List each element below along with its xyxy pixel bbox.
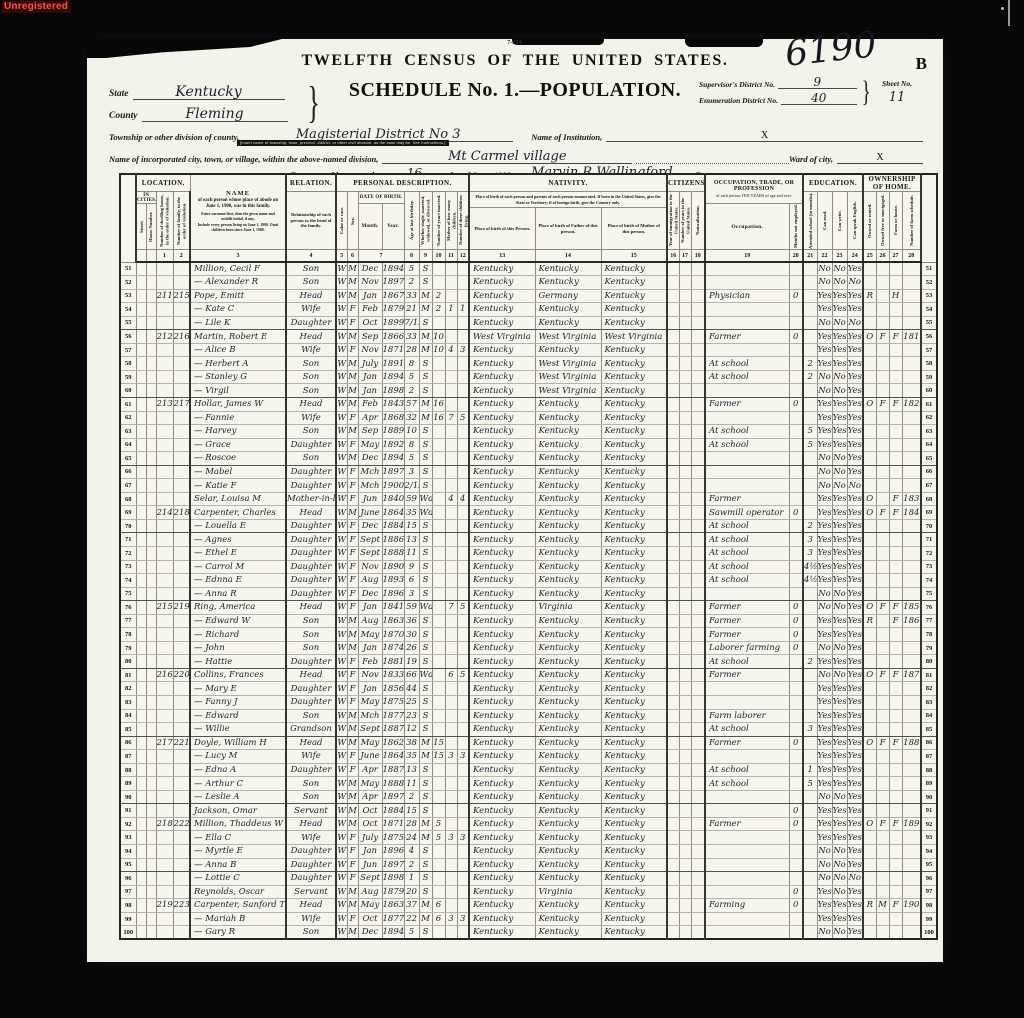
cell-oc: Farmer [705, 601, 789, 615]
cell-c17 [679, 750, 691, 764]
cell-dw: 216 [156, 668, 173, 682]
table-row: 67— Katie FDaughterWFMch19002/12SKentuck… [120, 479, 937, 493]
cell-as [803, 858, 817, 872]
cell-ym: 5 [432, 817, 445, 831]
cell-pm: Kentucky [601, 316, 667, 330]
cell-fam [173, 303, 190, 317]
cell-ag: 2 [404, 384, 419, 398]
years-married-label: Number of years married. [436, 192, 441, 249]
cell-fs [902, 533, 921, 547]
cell-dw [156, 533, 173, 547]
cell-rel: Wife [286, 912, 336, 926]
cell-fm: F [876, 601, 889, 615]
cell-cr: W [336, 492, 347, 506]
cell-c18 [691, 641, 705, 655]
table-row: 56212216Martin, Robert EHeadWMSep186633M… [120, 330, 937, 344]
cell-fam [173, 384, 190, 398]
house-number-label: House Number. [148, 204, 153, 249]
cell-mn [789, 696, 803, 710]
cell-pb: Kentucky [469, 303, 535, 317]
cell-fs [902, 357, 921, 371]
cell-ms: S [419, 587, 432, 601]
cell-dw [156, 384, 173, 398]
cell-hn [146, 316, 156, 330]
cell-mn [789, 723, 803, 737]
cell-rd: Yes [817, 411, 832, 425]
cell-hn [146, 343, 156, 357]
cell-sp: Yes [847, 397, 863, 411]
cell-fm [876, 885, 889, 899]
cell-fam [173, 479, 190, 493]
cell-c18 [691, 763, 705, 777]
cell-st [136, 357, 146, 371]
cell-as [803, 479, 817, 493]
cell-sx: M [347, 628, 358, 642]
cell-name: — Edward [190, 709, 286, 723]
cell-rel: Daughter [286, 546, 336, 560]
cell-c16 [667, 817, 679, 831]
cell-sp: Yes [847, 709, 863, 723]
cell-ag: 13 [404, 763, 419, 777]
cell-pb: Kentucky [469, 763, 535, 777]
cell-hn [146, 357, 156, 371]
cell-sp: Yes [847, 425, 863, 439]
cell-pb: Kentucky [469, 668, 535, 682]
cell-sp: Yes [847, 696, 863, 710]
cell-c16 [667, 587, 679, 601]
cell-rd: Yes [817, 736, 832, 750]
row-number: 93 [921, 831, 937, 845]
cell-mn [789, 777, 803, 791]
row-number: 91 [120, 804, 136, 818]
name-group-title: NAME [191, 190, 285, 197]
cell-by: 1875 [382, 696, 404, 710]
table-row: 77— Edward WSonWMAug186336SKentuckyKentu… [120, 614, 937, 628]
county-label: County [109, 111, 138, 121]
cell-oh: O [863, 330, 876, 344]
row-number: 81 [921, 668, 937, 682]
cell-pf: West Virginia [535, 330, 601, 344]
cell-cr: W [336, 845, 347, 859]
cell-sp: No [847, 276, 863, 290]
cell-ms: S [419, 926, 432, 940]
cell-sx: F [347, 696, 358, 710]
cell-st [136, 655, 146, 669]
cell-rd: No [817, 668, 832, 682]
cell-name: — Hattie [190, 655, 286, 669]
cell-fm [876, 465, 889, 479]
cell-oh [863, 533, 876, 547]
cell-c16 [667, 858, 679, 872]
cell-fam [173, 316, 190, 330]
cell-hn [146, 262, 156, 276]
cell-fm [876, 276, 889, 290]
cell-name: — Anna R [190, 587, 286, 601]
cell-c18 [691, 912, 705, 926]
cell-ag: 2 [404, 858, 419, 872]
row-number: 54 [921, 303, 937, 317]
cell-fam [173, 641, 190, 655]
cell-dw [156, 546, 173, 560]
cell-cl [457, 262, 469, 276]
cell-rd: No [817, 452, 832, 466]
cell-cl [457, 397, 469, 411]
cell-sx: F [347, 411, 358, 425]
cell-ym [432, 465, 445, 479]
cell-pb: Kentucky [469, 872, 535, 886]
cell-pm: Kentucky [601, 723, 667, 737]
cell-pb: Kentucky [469, 316, 535, 330]
col-header-children-living: Number of these children living. [457, 192, 469, 250]
cell-hn [146, 926, 156, 940]
cell-by: 1877 [382, 912, 404, 926]
cell-ym [432, 668, 445, 682]
cell-as: 3 [803, 546, 817, 560]
cell-ag: 35 [404, 506, 419, 520]
cell-fm: F [876, 330, 889, 344]
cell-c17 [679, 452, 691, 466]
row-number: 97 [120, 885, 136, 899]
cell-c16 [667, 276, 679, 290]
cell-pb: Kentucky [469, 560, 535, 574]
cell-by: 1887 [382, 723, 404, 737]
cell-hn [146, 479, 156, 493]
cell-sx: F [347, 831, 358, 845]
cell-oc: At school [705, 425, 789, 439]
cell-bm: Sep [358, 330, 382, 344]
cell-cr: W [336, 696, 347, 710]
cell-fam: 219 [173, 601, 190, 615]
cell-sx: F [347, 546, 358, 560]
cell-bm: Oct [358, 817, 382, 831]
family-label: Number of family, in the order of visita… [176, 192, 187, 249]
cell-bm: Apr [358, 790, 382, 804]
cell-mn [789, 858, 803, 872]
cell-fm [876, 872, 889, 886]
cell-fs [902, 790, 921, 804]
cell-hn [146, 384, 156, 398]
institution-label: Name of Institution, [531, 132, 602, 142]
cell-name: Carpenter, Charles [190, 506, 286, 520]
cell-fm [876, 655, 889, 669]
cell-ym: 16 [432, 411, 445, 425]
cell-ym [432, 628, 445, 642]
cell-name: — Myrtle E [190, 845, 286, 859]
cell-hn [146, 736, 156, 750]
table-row: 86217221Doyle, William HHeadWMMay186238M… [120, 736, 937, 750]
cell-mn: 0 [789, 804, 803, 818]
col-header-pob-father: Place of birth of Father of this person. [535, 208, 601, 250]
row-number: 69 [921, 506, 937, 520]
cell-fs [902, 804, 921, 818]
row-number-column-right [921, 174, 937, 262]
cell-pb: Kentucky [469, 750, 535, 764]
cell-bm: Dec [358, 262, 382, 276]
cell-c16 [667, 614, 679, 628]
cell-by: 1856 [382, 682, 404, 696]
cell-bm: May [358, 736, 382, 750]
cell-c16 [667, 519, 679, 533]
cell-dw [156, 763, 173, 777]
row-number: 67 [921, 479, 937, 493]
cell-c16 [667, 668, 679, 682]
supervisor-district-value: 9 [778, 76, 857, 89]
row-number: 60 [120, 384, 136, 398]
cell-mn [789, 316, 803, 330]
cell-c18 [691, 560, 705, 574]
cell-pf: Kentucky [535, 872, 601, 886]
cell-pf: Kentucky [535, 533, 601, 547]
cell-rd: Yes [817, 763, 832, 777]
cell-wr: No [832, 384, 847, 398]
cell-dw [156, 262, 173, 276]
cell-dw: 214 [156, 506, 173, 520]
cell-as: 2 [803, 655, 817, 669]
cell-as [803, 343, 817, 357]
row-number: 66 [120, 465, 136, 479]
cell-rd: Yes [817, 519, 832, 533]
row-number: 60 [921, 384, 937, 398]
cell-cr: W [336, 709, 347, 723]
cell-cl [457, 384, 469, 398]
row-number: 74 [120, 574, 136, 588]
cell-c16 [667, 546, 679, 560]
cell-rd: Yes [817, 533, 832, 547]
cell-sx: M [347, 885, 358, 899]
cell-fh [889, 858, 902, 872]
cell-rel: Head [286, 736, 336, 750]
cell-rel: Wife [286, 750, 336, 764]
cell-as: 3 [803, 533, 817, 547]
cell-pb: Kentucky [469, 736, 535, 750]
cell-as [803, 587, 817, 601]
cell-sp: No [847, 872, 863, 886]
cell-mc [445, 560, 457, 574]
cell-fm: F [876, 736, 889, 750]
col-group-location: LOCATION. [136, 174, 190, 192]
cell-pm: Kentucky [601, 519, 667, 533]
cell-oc [705, 479, 789, 493]
cell-pm: Kentucky [601, 384, 667, 398]
cell-sx: F [347, 492, 358, 506]
cell-oc: At school [705, 574, 789, 588]
cell-hn [146, 750, 156, 764]
cell-cr: W [336, 750, 347, 764]
cell-rel: Son [286, 709, 336, 723]
cell-as [803, 614, 817, 628]
cell-oh [863, 316, 876, 330]
cell-oc [705, 465, 789, 479]
cell-oh: O [863, 506, 876, 520]
row-number: 73 [921, 560, 937, 574]
cell-c16 [667, 574, 679, 588]
cell-bm: Sept [358, 546, 382, 560]
dotted-leader [636, 163, 789, 164]
cell-rd: Yes [817, 506, 832, 520]
cell-fs [902, 872, 921, 886]
cell-as [803, 845, 817, 859]
cell-mn [789, 655, 803, 669]
cell-ag: 5 [404, 452, 419, 466]
cell-ms: S [419, 655, 432, 669]
cell-by: 1863 [382, 614, 404, 628]
cell-rel: Daughter [286, 574, 336, 588]
cell-oh [863, 763, 876, 777]
name-group-note1: Enter surname first, then the given name… [191, 211, 285, 223]
cell-rd: Yes [817, 303, 832, 317]
cell-pb: Kentucky [469, 845, 535, 859]
cell-dw [156, 276, 173, 290]
table-row: 66— MabelDaughterWFMch18973SKentuckyKent… [120, 465, 937, 479]
cell-oh [863, 845, 876, 859]
cell-ym: 5 [432, 831, 445, 845]
col-header-naturalization: Naturalization. [691, 192, 705, 250]
cell-st [136, 723, 146, 737]
cell-oc [705, 926, 789, 940]
cell-wr: Yes [832, 912, 847, 926]
cell-pb: Kentucky [469, 641, 535, 655]
cell-mc [445, 614, 457, 628]
cell-rd: No [817, 370, 832, 384]
cell-by: 1871 [382, 817, 404, 831]
cell-rel: Daughter [286, 858, 336, 872]
cell-bm: Jun [358, 858, 382, 872]
cell-ag: 6 [404, 574, 419, 588]
table-row: 54— Kate CWifeWFFeb187921M211KentuckyKen… [120, 303, 937, 317]
cell-dw [156, 723, 173, 737]
cell-fam [173, 872, 190, 886]
state-field: State Kentucky [109, 83, 285, 101]
cell-c17 [679, 709, 691, 723]
cell-hn [146, 614, 156, 628]
cell-fh: F [889, 330, 902, 344]
cell-bm: May [358, 628, 382, 642]
cell-cr: W [336, 357, 347, 371]
cell-ms: S [419, 519, 432, 533]
cell-rd: Yes [817, 628, 832, 642]
cell-rel: Daughter [286, 763, 336, 777]
table-row: 68Selar, Louisa MMother-in-lawWFJun18405… [120, 492, 937, 506]
cell-c16 [667, 438, 679, 452]
cell-fam [173, 763, 190, 777]
cell-pf: West Virginia [535, 357, 601, 371]
cell-rd: Yes [817, 709, 832, 723]
cell-oc [705, 682, 789, 696]
cell-dw [156, 465, 173, 479]
cell-c18 [691, 790, 705, 804]
cell-fs [902, 262, 921, 276]
cell-st [136, 465, 146, 479]
color-label: Color or race. [339, 192, 344, 249]
cell-fs: 190 [902, 899, 921, 913]
cell-fs [902, 574, 921, 588]
cell-ym [432, 533, 445, 547]
cell-ms: S [419, 872, 432, 886]
cell-mn: 0 [789, 506, 803, 520]
cell-pm: Kentucky [601, 479, 667, 493]
cell-sp: Yes [847, 330, 863, 344]
cell-pb: Kentucky [469, 276, 535, 290]
cell-name: — Mabel [190, 465, 286, 479]
ward-label: Ward of city, [789, 154, 833, 164]
cell-sp: Yes [847, 560, 863, 574]
cell-st [136, 696, 146, 710]
cell-oc [705, 885, 789, 899]
cell-mc [445, 804, 457, 818]
cell-ag: 5 [404, 370, 419, 384]
cell-st [136, 506, 146, 520]
cell-cr: W [336, 452, 347, 466]
cell-fh: F [889, 506, 902, 520]
cell-sp: Yes [847, 262, 863, 276]
cell-pm: Kentucky [601, 817, 667, 831]
cell-c16 [667, 316, 679, 330]
cell-bm: Mch [358, 465, 382, 479]
cell-wr: Yes [832, 682, 847, 696]
cell-ym [432, 519, 445, 533]
cell-dw: 213 [156, 397, 173, 411]
table-row: 58— Herbert ASonWMJuly18918SKentuckyWest… [120, 357, 937, 371]
row-number: 57 [120, 343, 136, 357]
cell-sp: Yes [847, 858, 863, 872]
cell-pf: Kentucky [535, 817, 601, 831]
cell-wr: Yes [832, 289, 847, 303]
institution-value: X [606, 131, 923, 142]
cell-bm: Oct [358, 912, 382, 926]
row-number: 56 [921, 330, 937, 344]
cell-sp: Yes [847, 614, 863, 628]
col-header-months-unemployed: Months not employed. [789, 204, 803, 250]
cell-sp: Yes [847, 438, 863, 452]
cell-sp: Yes [847, 343, 863, 357]
cell-st [136, 845, 146, 859]
cell-cl [457, 763, 469, 777]
cell-c17 [679, 506, 691, 520]
cell-ms: S [419, 384, 432, 398]
cell-cr: W [336, 736, 347, 750]
census-scan-page: { "watermark": "Unregistered", "page": {… [0, 0, 1024, 1018]
cell-by: 1892 [382, 438, 404, 452]
table-row: 97Reynolds, OscarServantWMAug187920SKent… [120, 885, 937, 899]
cell-ag: 28 [404, 817, 419, 831]
cell-hn [146, 899, 156, 913]
table-row: 92218222Million, Thaddeus WHeadWMOct1871… [120, 817, 937, 831]
cell-cr: W [336, 276, 347, 290]
cell-rd: Yes [817, 723, 832, 737]
cell-ym [432, 574, 445, 588]
cell-by: 1884 [382, 519, 404, 533]
cell-pb: Kentucky [469, 384, 535, 398]
cell-fam [173, 465, 190, 479]
cell-c17 [679, 804, 691, 818]
cell-c18 [691, 872, 705, 886]
cell-ag: 10 [404, 425, 419, 439]
cell-mc: 7 [445, 411, 457, 425]
cell-sx: F [347, 533, 358, 547]
cell-fam [173, 533, 190, 547]
cell-as [803, 641, 817, 655]
cell-st [136, 262, 146, 276]
sheet-number-label: Sheet No. [875, 79, 919, 88]
cell-dw [156, 885, 173, 899]
cell-st [136, 601, 146, 615]
col-header-date-of-birth: DATE OF BIRTH. [358, 192, 404, 204]
cell-bm: Feb [358, 303, 382, 317]
row-number: 54 [120, 303, 136, 317]
cell-ms: Wd [419, 506, 432, 520]
col-header-dwelling-number: Number of dwelling house, in the order o… [156, 192, 173, 250]
cell-as [803, 289, 817, 303]
